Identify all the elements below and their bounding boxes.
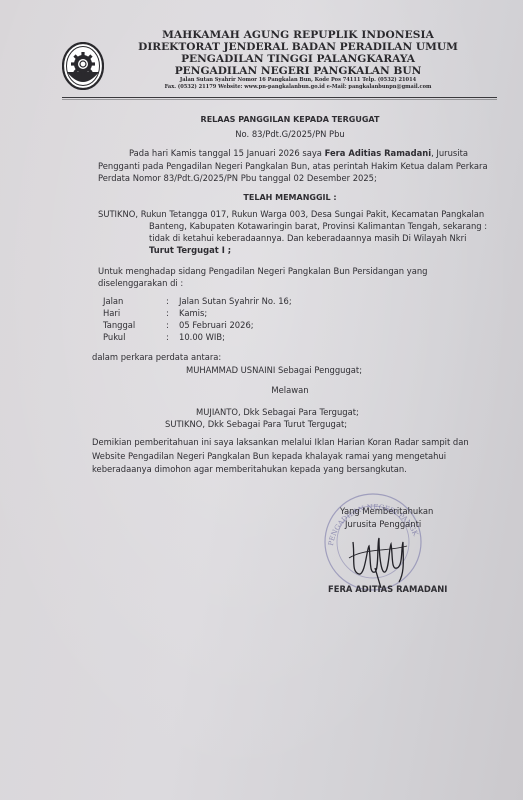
hearing-value-pukul: 10.00 WIB; [179, 331, 225, 343]
purpose-line-1: Untuk menghadap sidang Pengadilan Negeri… [98, 265, 427, 277]
plaintiff: MUHAMMAD USNAINI Sebagai Penggugat; [186, 364, 362, 376]
case-intro: dalam perkara perdata antara: [92, 351, 221, 363]
hearing-value-tanggal: 05 Februari 2026; [179, 319, 254, 331]
signature-name: FERA ADITIAS RAMADANI [328, 583, 447, 595]
bailiff-name: Fera Aditias Ramadani [325, 148, 432, 158]
letterhead-divider-thin [62, 99, 497, 100]
letterhead-address-2: Fax. (0532) 21179 Website: www.pn-pangka… [118, 84, 478, 91]
closing-line-1: Demikian pemberitahuan ini saya laksanka… [92, 436, 469, 448]
summoned-line-2: Banteng, Kabupaten Kotawaringin barat, P… [149, 220, 487, 232]
purpose-line-2: diselenggarakan di : [98, 277, 183, 289]
summoned-heading: TELAH MEMANGGIL : [80, 192, 500, 204]
summoned-line-1: SUTIKNO, Rukun Tetangga 017, Rukun Warga… [98, 208, 484, 220]
summoned-role: Turut Tergugat I ; [149, 244, 231, 256]
opening-line-2: Pengganti pada Pengadilan Negeri Pangkal… [98, 160, 488, 172]
defendant: MUJIANTO, Dkk Sebagai Para Tergugat; [196, 406, 359, 418]
co-defendant: SUTIKNO, Dkk Sebagai Para Turut Tergugat… [165, 418, 347, 430]
hearing-label-tanggal: Tanggal [103, 319, 135, 331]
opening-text-end: , Jurusita [431, 148, 468, 158]
closing-line-2: Website Pengadilan Negeri Pangkalan Bun … [92, 450, 446, 462]
handwritten-signature-icon [345, 528, 425, 588]
signature-role-1: Yang Memberitahukan [340, 505, 433, 517]
hearing-sep: : [166, 307, 169, 319]
hearing-value-jalan: Jalan Sutan Syahrir No. 16; [179, 295, 292, 307]
signature-role-2: Jurusita Pengganti [345, 518, 421, 530]
letterhead-divider [62, 97, 497, 98]
document-number: No. 83/Pdt.G/2025/PN Pbu [80, 128, 500, 140]
letterhead-line-4: PENGADILAN NEGERI PANGKALAN BUN [118, 65, 478, 77]
letterhead-line-3: PENGADILAN TINGGI PALANGKARAYA [118, 53, 478, 65]
summoned-line-3: tidak di ketahui keberadaannya. Dan kebe… [149, 232, 466, 244]
versus: Melawan [80, 384, 500, 396]
opening-line-3: Perdata Nomor 83/Pdt.G/2025/PN Pbu tangg… [98, 172, 377, 184]
document-page: MAHKAMAH AGUNG REPUPLIK INDONESIA DIREKT… [0, 0, 523, 800]
hearing-label-pukul: Pukul [103, 331, 125, 343]
document-title: RELAAS PANGGILAN KEPADA TERGUGAT [80, 114, 500, 126]
letterhead-line-1: MAHKAMAH AGUNG REPUPLIK INDONESIA [118, 29, 478, 41]
closing-line-3: keberadaanya dimohon agar memberitahukan… [92, 463, 407, 475]
opening-text: Pada hari Kamis tanggal 15 Januari 2026 … [129, 148, 325, 158]
letterhead-line-2: DIREKTORAT JENDERAL BADAN PERADILAN UMUM [118, 41, 478, 53]
opening-line-1: Pada hari Kamis tanggal 15 Januari 2026 … [129, 147, 468, 159]
hearing-label-hari: Hari [103, 307, 120, 319]
hearing-label-jalan: Jalan [103, 295, 123, 307]
letterhead: MAHKAMAH AGUNG REPUPLIK INDONESIA DIREKT… [118, 29, 478, 91]
hearing-sep: : [166, 319, 169, 331]
hearing-sep: : [166, 295, 169, 307]
letterhead-address-1: Jalan Sutan Syahrir Nomor 16 Pangkalan B… [118, 77, 478, 84]
hearing-value-hari: Kamis; [179, 307, 207, 319]
hearing-sep: : [166, 331, 169, 343]
court-emblem-icon [62, 42, 104, 90]
